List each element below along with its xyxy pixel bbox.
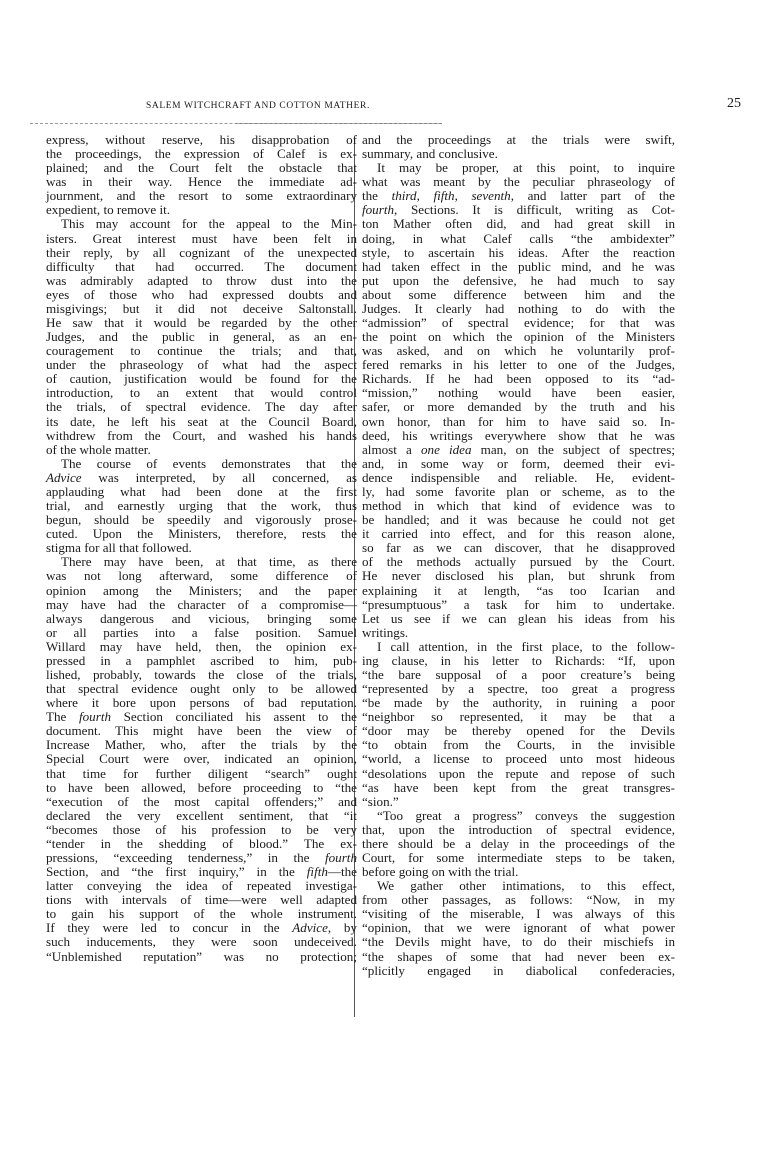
text-line: there should be a delay in the proceedin… bbox=[362, 837, 675, 851]
text-line: opinion among the Ministers; and the pap… bbox=[46, 584, 357, 598]
text-line: Court, for some intermediate steps to be… bbox=[362, 851, 675, 865]
text-line: ly, had some favorite plan or scheme, as… bbox=[362, 485, 675, 499]
text-line: “neighbor so represented, it may be that… bbox=[362, 710, 675, 724]
text-line: “desolations upon the repute and repose … bbox=[362, 767, 675, 781]
text-line: Let us see if we can glean his ideas fro… bbox=[362, 612, 675, 626]
text-line: If they were led to concur in the Advice… bbox=[46, 921, 357, 935]
text-line: be handled; and it was because he could … bbox=[362, 513, 675, 527]
text-line: was in their way. Hence the immediate ad… bbox=[46, 175, 357, 189]
text-line: it carried into effect, and for this rea… bbox=[362, 527, 675, 541]
text-line: “represented by a spectre, too great a p… bbox=[362, 682, 675, 696]
text-line: “execution of the most capital offenders… bbox=[46, 795, 357, 809]
text-line: about some difference between him and th… bbox=[362, 288, 675, 302]
text-line: and the proceedings at the trials were s… bbox=[362, 133, 675, 147]
text-line: “admission” of spectral evidence; for th… bbox=[362, 316, 675, 330]
text-line: method in which that kind of evidence wa… bbox=[362, 499, 675, 513]
text-line: under the phraseology of what had the as… bbox=[46, 358, 357, 372]
text-line: “be made by the authority, in ruining a … bbox=[362, 696, 675, 710]
text-line: own honor, than for him to have said so.… bbox=[362, 415, 675, 429]
text-line: the third, fifth, seventh, and latter pa… bbox=[362, 189, 675, 203]
text-line: ton Mather often did, and had great skil… bbox=[362, 217, 675, 231]
text-line: difficulty that had occurred. The docume… bbox=[46, 260, 357, 274]
text-line: was asked, and on which he voluntarily p… bbox=[362, 344, 675, 358]
text-line: fered remarks in his letter to one of th… bbox=[362, 358, 675, 372]
text-line: “the bare supposal of a poor creature’s … bbox=[362, 668, 675, 682]
text-line: their reply, by all cognizant of the une… bbox=[46, 246, 357, 260]
text-line: The fourth Section conciliated his assen… bbox=[46, 710, 357, 724]
text-line: plained; and the Court felt the obstacle… bbox=[46, 161, 357, 175]
text-line: style, to ascertain his ideas. After the… bbox=[362, 246, 675, 260]
text-line: ing clause, in his letter to Richards: “… bbox=[362, 654, 675, 668]
text-line: that spectral evidence ought only to be … bbox=[46, 682, 357, 696]
text-line: “door may be thereby opened for the Devi… bbox=[362, 724, 675, 738]
left-column: express, without reserve, his disapproba… bbox=[46, 133, 357, 964]
text-line: “opinion, that we were ignorant of what … bbox=[362, 921, 675, 935]
text-line: explaining it at length, “as too Icarian… bbox=[362, 584, 675, 598]
text-line: summary, and conclusive. bbox=[362, 147, 675, 161]
text-line: of the whole matter. bbox=[46, 443, 357, 457]
text-line: Willard may have held, then, the opinion… bbox=[46, 640, 357, 654]
text-line: and, in some way or form, deemed their e… bbox=[362, 457, 675, 471]
text-line: doing, in what Calef calls “the ambidext… bbox=[362, 232, 675, 246]
right-column: and the proceedings at the trials were s… bbox=[362, 133, 675, 978]
text-line: such inducements, they were soon undecei… bbox=[46, 935, 357, 949]
text-line: the trials, of spectral evidence. The da… bbox=[46, 400, 357, 414]
text-line: of caution, justification would be found… bbox=[46, 372, 357, 386]
text-line: applauding what had been done at the fir… bbox=[46, 485, 357, 499]
text-line: the point on which the opinion of the Mi… bbox=[362, 330, 675, 344]
text-line: “becomes those of his profession to be v… bbox=[46, 823, 357, 837]
text-line: This may account for the appeal to the M… bbox=[46, 217, 357, 231]
text-line: that, upon the introduction of spectral … bbox=[362, 823, 675, 837]
text-line: Increase Mather, who, after the trials b… bbox=[46, 738, 357, 752]
text-line: Advice was interpreted, by all concerned… bbox=[46, 471, 357, 485]
text-line: declared the very excellent sentiment, t… bbox=[46, 809, 357, 823]
text-line: dence indispensible and reliable. He, ev… bbox=[362, 471, 675, 485]
text-line: latter conveying the idea of repeated in… bbox=[46, 879, 357, 893]
text-line: expedient, to remove it. bbox=[46, 203, 357, 217]
text-line: the proceedings, the expression of Calef… bbox=[46, 147, 357, 161]
text-line: “presumptuous” a task for him to underta… bbox=[362, 598, 675, 612]
text-line: before going on with the trial. bbox=[362, 865, 675, 879]
text-line: to have been allowed, before proceeding … bbox=[46, 781, 357, 795]
text-line: cuted. Upon the Ministers, therefore, re… bbox=[46, 527, 357, 541]
text-line: or all parties into a false position. Sa… bbox=[46, 626, 357, 640]
header-rule-segment bbox=[236, 123, 442, 125]
text-line: “Unblemished reputation” was no protecti… bbox=[46, 950, 357, 964]
text-line: Judges, and the public in general, as an… bbox=[46, 330, 357, 344]
text-line: where it bore upon persons of bad reputa… bbox=[46, 696, 357, 710]
text-line: introduction, to an extent that would co… bbox=[46, 386, 357, 400]
text-line: that time for further diligent “search” … bbox=[46, 767, 357, 781]
text-line: express, without reserve, his disapproba… bbox=[46, 133, 357, 147]
text-line: its date, he left his seat at the Counci… bbox=[46, 415, 357, 429]
text-line: was admirably adapted to throw dust into… bbox=[46, 274, 357, 288]
text-line: safer, or more demanded by the truth and… bbox=[362, 400, 675, 414]
text-line: always dangerous and vicious, bringing s… bbox=[46, 612, 357, 626]
text-line: “tender in the shedding of blood.” The e… bbox=[46, 837, 357, 851]
text-line: “the shapes of some that had never been … bbox=[362, 950, 675, 964]
text-line: We gather other intimations, to this eff… bbox=[362, 879, 675, 893]
text-line: The course of events demonstrates that t… bbox=[46, 457, 357, 471]
text-line: Judges. It clearly had nothing to do wit… bbox=[362, 302, 675, 316]
text-line: couragement to continue the trials; and … bbox=[46, 344, 357, 358]
text-line: tions with intervals of time—were well a… bbox=[46, 893, 357, 907]
text-line: He never disclosed his plan, but shrunk … bbox=[362, 569, 675, 583]
text-line: almost a one idea man, on the subject of… bbox=[362, 443, 675, 457]
text-line: It may be proper, at this point, to inqu… bbox=[362, 161, 675, 175]
text-line: There may have been, at that time, as th… bbox=[46, 555, 357, 569]
text-line: “visiting of the miserable, I was always… bbox=[362, 907, 675, 921]
text-line: of the methods actually pursued by the C… bbox=[362, 555, 675, 569]
text-line: pressed in a pamphlet ascribed to him, p… bbox=[46, 654, 357, 668]
text-line: so far as we can discover, that he disap… bbox=[362, 541, 675, 555]
text-line: Richards. If he had been opposed to its … bbox=[362, 372, 675, 386]
text-line: what was meant by the peculiar phraseolo… bbox=[362, 175, 675, 189]
text-line: may have had the character of a compromi… bbox=[46, 598, 357, 612]
text-line: “as have been kept from the great transg… bbox=[362, 781, 675, 795]
text-line: “the Devils might have, to do their misc… bbox=[362, 935, 675, 949]
text-line: deed, his writings everywhere show that … bbox=[362, 429, 675, 443]
text-line: misgivings; but it did not deceive Salto… bbox=[46, 302, 357, 316]
text-line: “world, a license to proceed unto most h… bbox=[362, 752, 675, 766]
text-line: begun, should be speedily and vigorously… bbox=[46, 513, 357, 527]
running-title: SALEM WITCHCRAFT AND COTTON MATHER. bbox=[146, 101, 370, 111]
text-line: eyes of those who had expressed doubts a… bbox=[46, 288, 357, 302]
text-line: to gain his support of the whole instrum… bbox=[46, 907, 357, 921]
text-line: “to obtain from the Courts, in the invis… bbox=[362, 738, 675, 752]
text-line: pressions, “exceeding tenderness,” in th… bbox=[46, 851, 357, 865]
text-line: Section, and “the first inquiry,” in the… bbox=[46, 865, 357, 879]
text-line: “Too great a progress” conveys the sugge… bbox=[362, 809, 675, 823]
page-number: 25 bbox=[727, 96, 741, 112]
text-line: put upon the defensive, he had much to s… bbox=[362, 274, 675, 288]
text-line: stigma for all that followed. bbox=[46, 541, 357, 555]
text-line: had taken effect in the public mind, and… bbox=[362, 260, 675, 274]
text-line: lished, probably, towards the close of t… bbox=[46, 668, 357, 682]
text-line: trial, and earnestly urging that the wor… bbox=[46, 499, 357, 513]
text-line: fourth, Sections. It is difficult, writi… bbox=[362, 203, 675, 217]
text-line: isters. Great interest must have been fe… bbox=[46, 232, 357, 246]
text-line: withdrew from the Court, and washed his … bbox=[46, 429, 357, 443]
text-line: He saw that it would be regarded by the … bbox=[46, 316, 357, 330]
text-line: Special Court were over, indicated an op… bbox=[46, 752, 357, 766]
text-line: document. This might have been the view … bbox=[46, 724, 357, 738]
text-line: “plicitly engaged in diabolical confeder… bbox=[362, 964, 675, 978]
text-line: “mission,” nothing would have been easie… bbox=[362, 386, 675, 400]
text-line: “sion.” bbox=[362, 795, 675, 809]
text-line: was not long afterward, some difference … bbox=[46, 569, 357, 583]
text-line: I call attention, in the first place, to… bbox=[362, 640, 675, 654]
text-line: journment, and the resort to some extrao… bbox=[46, 189, 357, 203]
text-line: from other passages, as follows: “Now, i… bbox=[362, 893, 675, 907]
text-line: writings. bbox=[362, 626, 675, 640]
